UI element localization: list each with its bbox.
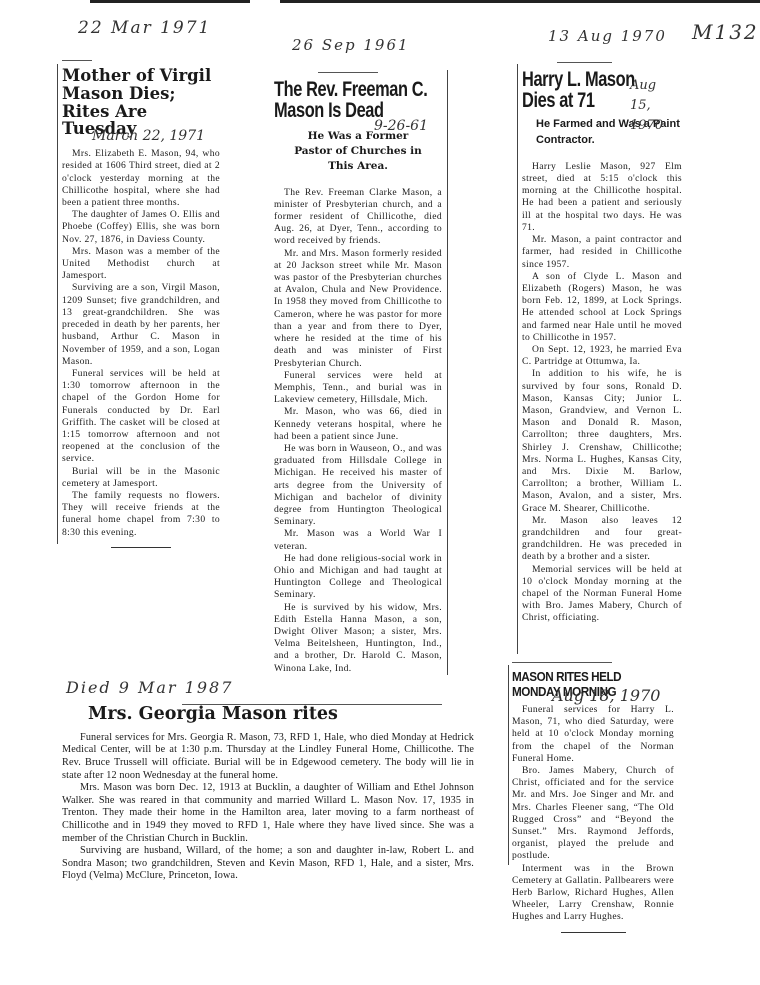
handwritten-date-1971: 22 Mar 1971 [78, 18, 211, 38]
paragraph: Funeral services for Mrs. Georgia R. Mas… [62, 732, 474, 782]
paragraph: Interment was in the Brown Cemetery at G… [512, 863, 674, 924]
headline-line: Dies at 71 [522, 89, 595, 112]
article-body: Funeral services for Mrs. Georgia R. Mas… [62, 732, 474, 883]
clipping-border [57, 64, 58, 544]
clipping-top-rule [62, 60, 92, 61]
paragraph: The Rev. Freeman Clarke Mason, a ministe… [274, 187, 442, 248]
handwritten-date: March 22, 1971 [92, 128, 205, 144]
clipping-top-rule [318, 72, 378, 73]
headline-line: The Rev. Freeman C. [274, 78, 427, 101]
clipping-freeman-mason: The Rev. Freeman C. Mason Is Dead 9-26-6… [274, 72, 442, 675]
end-rule [561, 932, 626, 933]
handwritten-date-1961: 26 Sep 1961 [292, 36, 410, 54]
handwritten-date: 9-26-61 [374, 118, 428, 134]
scan-edge-right [280, 0, 760, 3]
paragraph: Harry Leslie Mason, 927 Elm street, died… [522, 161, 682, 234]
paragraph: The daughter of James O. Ellis and Phoeb… [62, 209, 220, 246]
headline: The Rev. Freeman C. Mason Is Dead [274, 79, 442, 121]
clipping-harry-mason: Harry L. Mason Dies at 71 Aug 15, 1970 H… [522, 62, 682, 625]
clipping-georgia-mason: Died 9 Mar 1987 Mrs. Georgia Mason rites… [62, 680, 474, 883]
clipping-harry-rites: MASON RITES HELD MONDAY MORNING Aug 18, … [512, 662, 674, 933]
paragraph: On Sept. 12, 1923, he married Eva C. Par… [522, 344, 682, 368]
paragraph: Mrs. Mason was born Dec. 12, 1913 at Buc… [62, 782, 474, 845]
paragraph: Mr. Mason, who was 66, died in Kennedy v… [274, 406, 442, 443]
subheadline: He Was a Former Pastor of Churches in Th… [274, 129, 442, 175]
paragraph: Burial will be in the Masonic cemetery a… [62, 466, 220, 490]
paragraph: Mr. Mason was a World War I veteran. [274, 528, 442, 552]
paragraph: Mr. Mason also leaves 12 grandchildren a… [522, 515, 682, 564]
paragraph: Mr. Mason, a paint contractor and farmer… [522, 234, 682, 271]
clipping-top-rule [512, 662, 612, 663]
clipping-top-rule [557, 62, 612, 63]
headline: Harry L. Mason Dies at 71 [522, 69, 647, 111]
paragraph: He had done religious-social work in Ohi… [274, 553, 442, 602]
paragraph: Bro. James Mabery, Church of Christ, off… [512, 765, 674, 863]
handwritten-date: Died 9 Mar 1987 [66, 678, 233, 697]
end-rule [111, 547, 171, 548]
paragraph: Mrs. Elizabeth E. Mason, 94, who resided… [62, 148, 220, 209]
paragraph: The family requests no flowers. They wil… [62, 490, 220, 539]
handwritten-date: Aug 15, 1970 [630, 76, 678, 136]
headline: Mrs. Georgia Mason rites [88, 705, 474, 724]
clipping-border [517, 64, 518, 654]
paragraph: Surviving are a son, Virgil Mason, 1209 … [62, 282, 220, 367]
paragraph: Memorial services will be held at 10 o'c… [522, 564, 682, 625]
catalog-mark: M132 [692, 20, 759, 44]
article-body: Funeral services for Harry L. Mason, 71,… [512, 704, 674, 924]
paragraph: He was born in Wauseon, O., and was grad… [274, 443, 442, 528]
paragraph: In addition to his wife, he is survived … [522, 368, 682, 514]
clipping-border [447, 70, 448, 675]
headline-line: Harry L. Mason [522, 68, 635, 91]
paragraph: Mrs. Mason was a member of the United Me… [62, 246, 220, 283]
scan-edge-left [90, 0, 250, 3]
clipping-border [508, 665, 509, 865]
article-body: Harry Leslie Mason, 927 Elm street, died… [522, 161, 682, 625]
paragraph: Funeral services were held at Memphis, T… [274, 370, 442, 407]
paragraph: A son of Clyde L. Mason and Elizabeth (R… [522, 271, 682, 344]
handwritten-date: Aug 18, 1970 [552, 686, 660, 705]
paragraph: Mr. and Mrs. Mason formerly resided at 2… [274, 248, 442, 370]
headline-line: MASON RITES HELD [512, 669, 621, 684]
article-body: The Rev. Freeman Clarke Mason, a ministe… [274, 187, 442, 675]
article-body: Mrs. Elizabeth E. Mason, 94, who resided… [62, 148, 220, 539]
paragraph: He is survived by his widow, Mrs. Edith … [274, 602, 442, 675]
paragraph: Surviving are husband, Willard, of the h… [62, 845, 474, 883]
paragraph: Funeral services will be held at 1:30 to… [62, 368, 220, 466]
headline-line: Mason Is Dead [274, 99, 384, 122]
handwritten-date-1970: 13 Aug 1970 [548, 27, 667, 45]
clipping-virgil-mother: Mother of Virgil Mason Dies; Rites Are T… [62, 60, 220, 548]
paragraph: Funeral services for Harry L. Mason, 71,… [512, 704, 674, 765]
